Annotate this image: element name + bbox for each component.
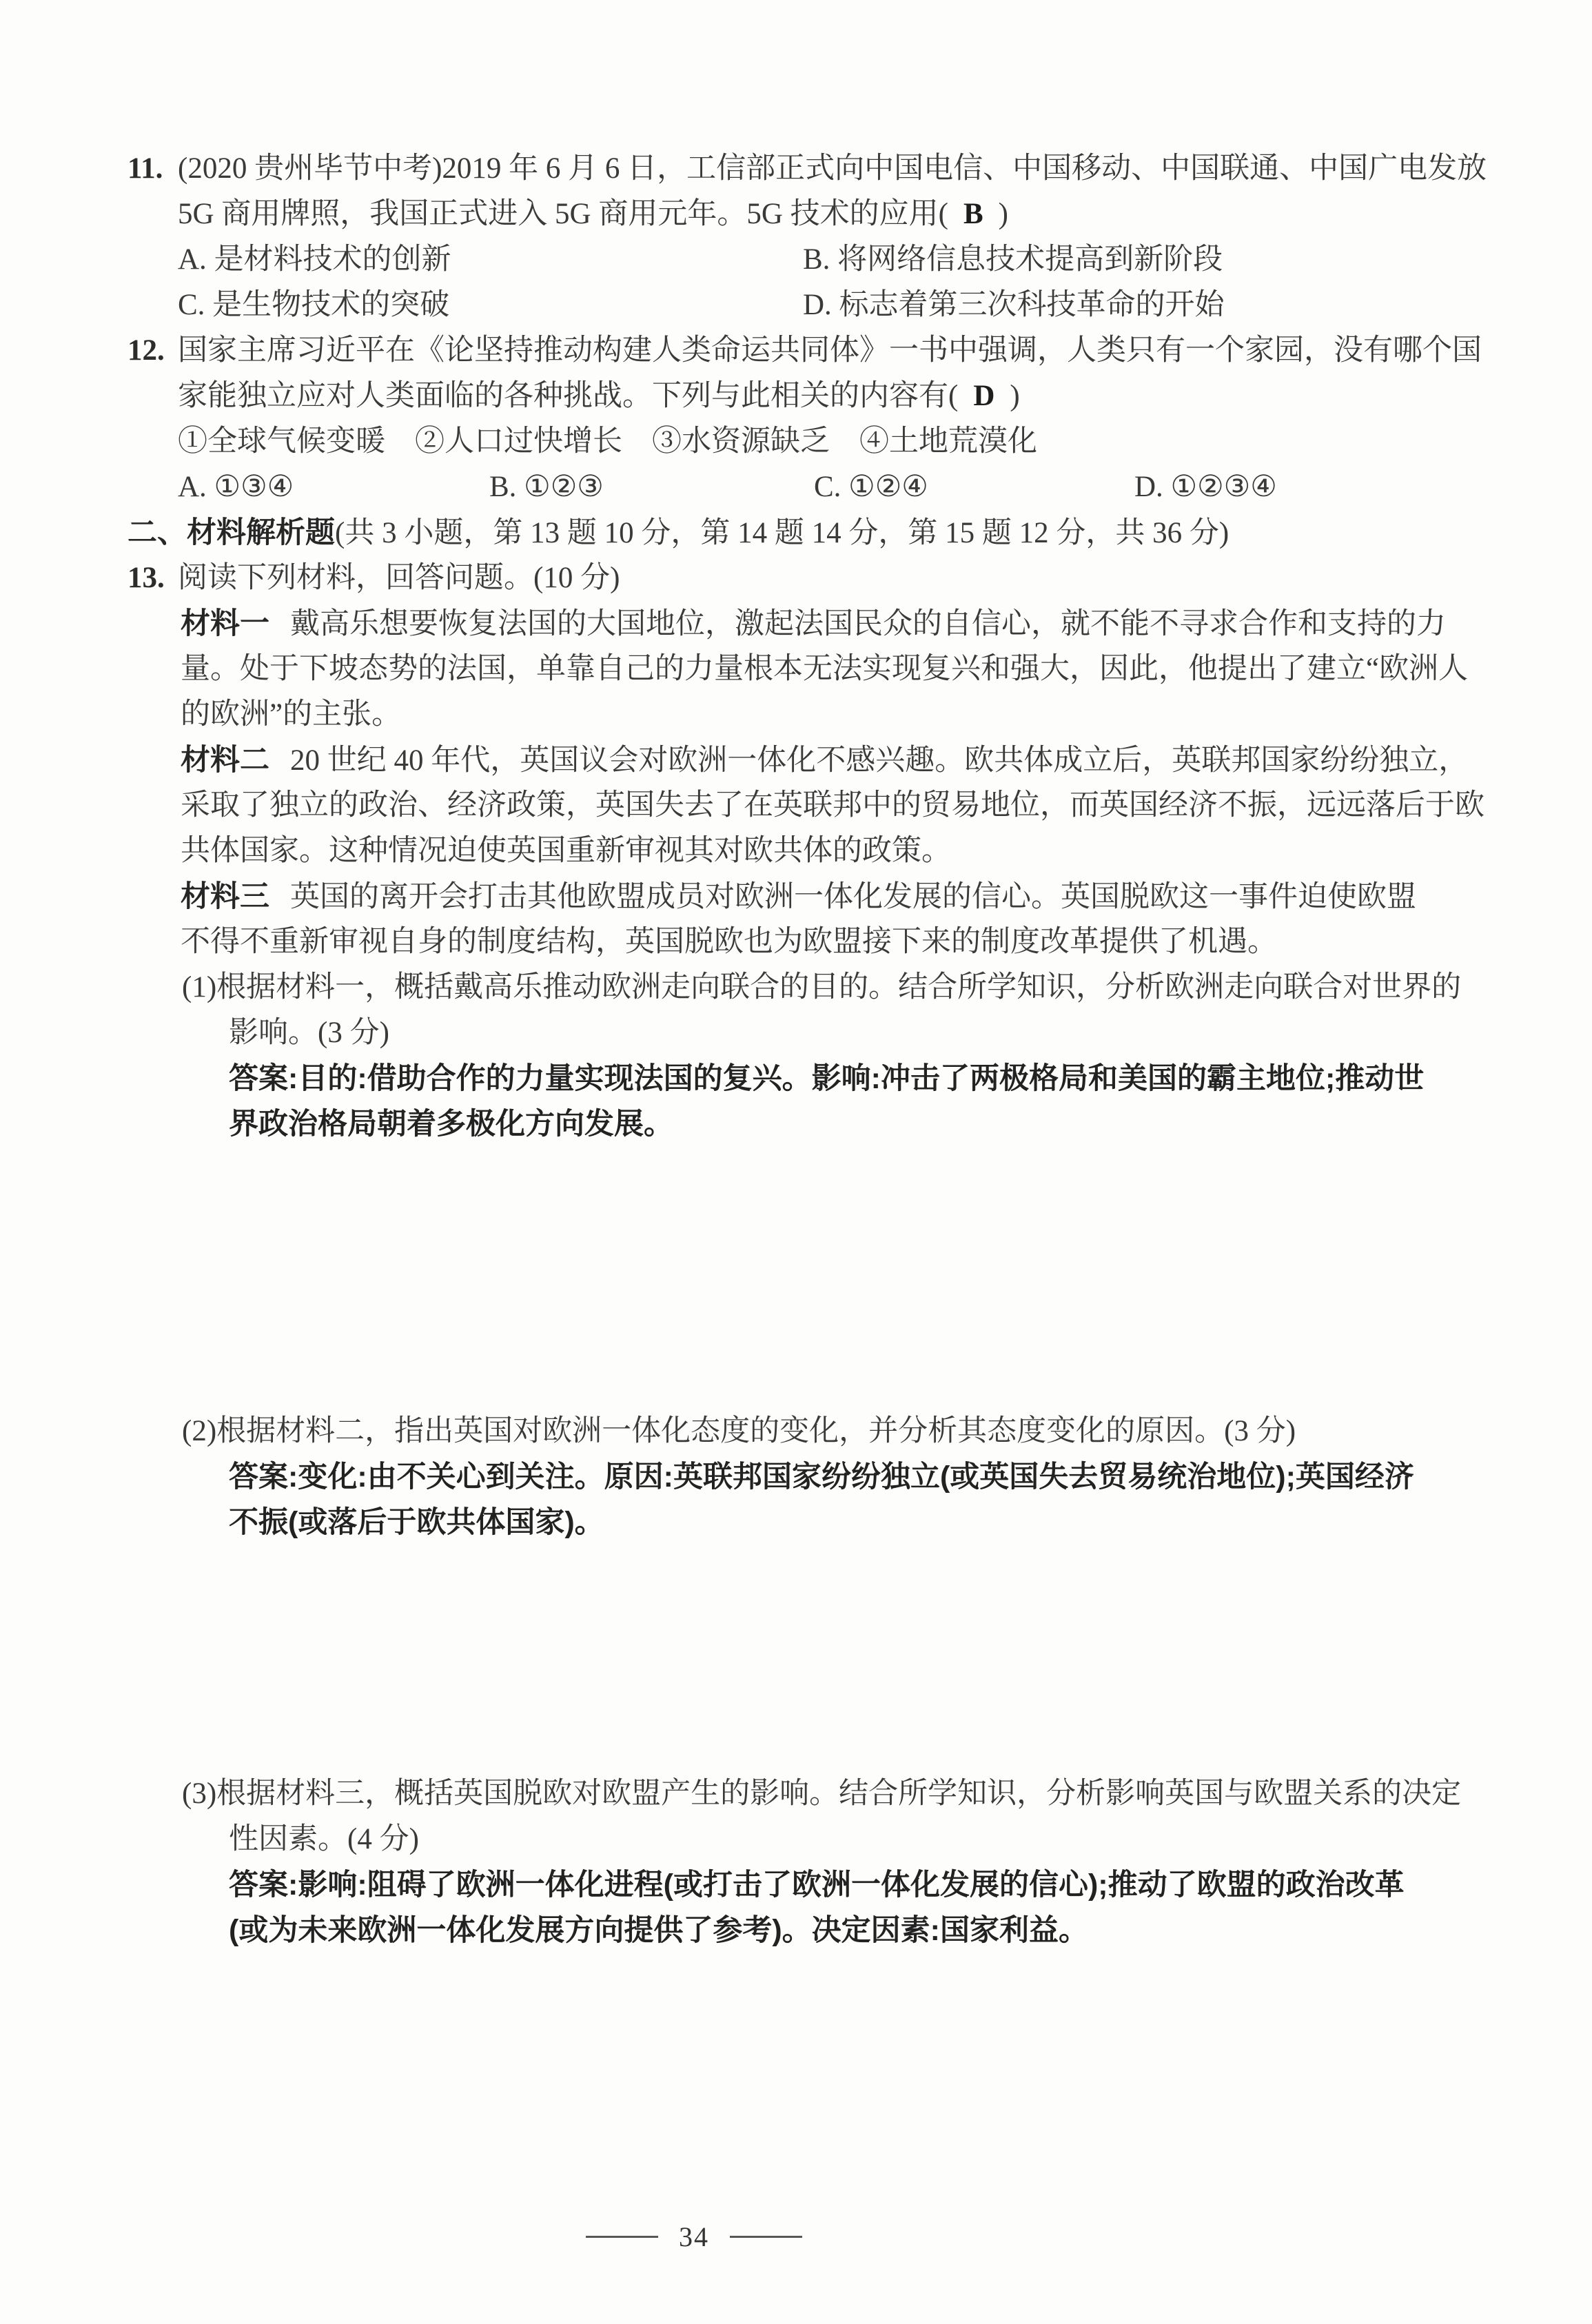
q13-sub2-answer-line-1: 答案:变化:由不关心到关注。原因:英联邦国家纷纷独立(或英国失去贸易统治地位);… — [229, 1454, 1592, 1500]
q12-option-a: A. ①③④ — [178, 465, 294, 510]
material-1-line-2: 量。处于下坡态势的法国，单靠自己的力量根本无法实现复兴和强大，因此，他提出了建立… — [181, 646, 1592, 692]
q13-sub3-answer-text-1: 答案:影响:阻碍了欧洲一体化进程(或打击了欧洲一体化发展的信心);推动了欧盟的政… — [229, 1868, 1405, 1902]
q13-sub1-text-2: 影响。(3 分) — [229, 1017, 389, 1049]
answer-space-1 — [127, 1147, 1592, 1409]
material-2-line-2: 采取了独立的政治、经济政策，英国失去了在英联邦中的贸易地位，而英国经济不振，远远… — [181, 783, 1592, 828]
q12-stem-line-1: 12.国家主席习近平在《论坚持推动构建人类命运共同体》一书中强调，人类只有一个家… — [127, 328, 1592, 374]
footer-dash-right — [730, 2236, 802, 2238]
material-1-text-1: 戴高乐想要恢复法国的大国地位，激起法国民众的自信心，就不能不寻求合作和支持的力 — [290, 608, 1446, 640]
q13-sub3-line-1: (3)根据材料三，概括英国脱欧对欧盟产生的影响。结合所学知识，分析影响英国与欧盟… — [182, 1771, 1592, 1817]
q13-sub3-answer-line-2: (或为未来欧洲一体化发展方向提供了参考)。决定因素:国家利益。 — [229, 1908, 1592, 1953]
q11-answer-letter: B — [963, 198, 983, 230]
q12-option-d: D. ①②③④ — [1134, 465, 1277, 510]
q12-options-row: A. ①③④ B. ①②③ C. ①②④ D. ①②③④ — [178, 465, 1592, 510]
q13-sub3-line-2: 性因素。(4 分) — [229, 1817, 1592, 1862]
q11-stem-line-1: 11.(2020 贵州毕节中考)2019 年 6 月 6 日，工信部正式向中国电… — [127, 146, 1592, 192]
material-2-text-2: 采取了独立的政治、经济政策，英国失去了在英联邦中的贸易地位，而英国经济不振，远远… — [181, 789, 1484, 822]
material-1-label: 材料一 — [181, 607, 269, 640]
q12-stem-line-2: 家能独立应对人类面临的各种挑战。下列与此相关的内容有(D) — [178, 374, 1592, 419]
bottom-space — [127, 1953, 1592, 2219]
q11-option-a: A. 是材料技术的创新 — [178, 237, 451, 283]
q12-items: ①全球气候变暖 ②人口过快增长 ③水资源缺乏 ④土地荒漠化 — [178, 419, 1592, 465]
q11-options-row-2: C. 是生物技术的突破 D. 标志着第三次科技革命的开始 — [178, 283, 1592, 328]
q12-stem-text-2a: 家能独立应对人类面临的各种挑战。下列与此相关的内容有( — [178, 380, 958, 412]
q13-sub2-answer-text-1: 答案:变化:由不关心到关注。原因:英联邦国家纷纷独立(或英国失去贸易统治地位);… — [229, 1460, 1414, 1494]
q13-intro-text: 阅读下列材料，回答问题。(10 分) — [178, 562, 620, 594]
q13-sub1-line-2: 影响。(3 分) — [229, 1010, 1592, 1056]
section-2-header: 二、材料解析题(共 3 小题，第 13 题 10 分，第 14 题 14 分，第… — [127, 510, 1592, 555]
q12-option-c: C. ①②④ — [814, 465, 928, 510]
q11-stem-text-2a: 5G 商用牌照，我国正式进入 5G 商用元年。5G 技术的应用( — [178, 198, 948, 230]
q13-sub2-line-1: (2)根据材料二，指出英国对欧洲一体化态度的变化，并分析其态度变化的原因。(3 … — [182, 1409, 1592, 1454]
q13-sub1-answer-line-1: 答案:目的:借助合作的力量实现法国的复兴。影响:冲击了两极格局和美国的霸主地位;… — [229, 1056, 1592, 1101]
q13-sub2-answer-line-2: 不振(或落后于欧共体国家)。 — [229, 1500, 1592, 1545]
q12-stem-text-2b: ) — [1010, 380, 1019, 412]
q12-number: 12. — [127, 328, 178, 374]
q13-sub1-line-1: (1)根据材料一，概括戴高乐推动欧洲走向联合的目的。结合所学知识，分析欧洲走向联… — [182, 965, 1592, 1010]
q13-sub1-answer-text-2: 界政治格局朝着多极化方向发展。 — [229, 1108, 673, 1141]
q11-number: 11. — [127, 146, 178, 192]
q11-options-row-1: A. 是材料技术的创新 B. 将网络信息技术提高到新阶段 — [178, 237, 1592, 283]
q13-sub1-text-1: (1)根据材料一，概括戴高乐推动欧洲走向联合的目的。结合所学知识，分析欧洲走向联… — [182, 971, 1461, 1003]
material-1-line-1: 材料一戴高乐想要恢复法国的大国地位，激起法国民众的自信心，就不能不寻求合作和支持… — [181, 601, 1592, 646]
q13-sub3-answer-text-2: (或为未来欧洲一体化发展方向提供了参考)。决定因素:国家利益。 — [229, 1914, 1088, 1947]
q12-option-b: B. ①②③ — [489, 465, 604, 510]
section-2-title: 二、材料解析题 — [127, 516, 335, 549]
material-2-line-3: 共体国家。这种情况迫使英国重新审视其对欧共体的政策。 — [181, 828, 1592, 874]
material-1-text-3: 的欧洲”的主张。 — [181, 698, 401, 731]
answer-space-2 — [127, 1545, 1592, 1771]
page-footer: 34 — [586, 2219, 1592, 2254]
material-3-line-1: 材料三英国的离开会打击其他欧盟成员对欧洲一体化发展的信心。英国脱欧这一事件迫使欧… — [181, 874, 1592, 919]
exam-page: 11.(2020 贵州毕节中考)2019 年 6 月 6 日，工信部正式向中国电… — [0, 0, 1592, 2324]
q11-option-d: D. 标志着第三次科技革命的开始 — [803, 283, 1225, 328]
material-1-line-3: 的欧洲”的主张。 — [181, 692, 1592, 737]
q13-intro-line: 13.阅读下列材料，回答问题。(10 分) — [127, 555, 1592, 601]
footer-page-number: 34 — [679, 2221, 709, 2253]
material-2-text-1: 20 世纪 40 年代，英国议会对欧洲一体化不感兴趣。欧共体成立后，英联邦国家纷… — [290, 744, 1468, 777]
q12-items-text: ①全球气候变暖 ②人口过快增长 ③水资源缺乏 ④土地荒漠化 — [178, 425, 1037, 458]
q13-sub2-answer-text-2: 不振(或落后于欧共体国家)。 — [229, 1506, 604, 1539]
material-2-line-1: 材料二20 世纪 40 年代，英国议会对欧洲一体化不感兴趣。欧共体成立后，英联邦… — [181, 737, 1592, 783]
material-3-label: 材料三 — [181, 880, 269, 913]
q13-sub2-text-1: (2)根据材料二，指出英国对欧洲一体化态度的变化，并分析其态度变化的原因。(3 … — [182, 1415, 1296, 1447]
material-2-label: 材料二 — [181, 744, 269, 777]
material-2-text-3: 共体国家。这种情况迫使英国重新审视其对欧共体的政策。 — [181, 835, 951, 867]
q13-sub3-text-1: (3)根据材料三，概括英国脱欧对欧盟产生的影响。结合所学知识，分析影响英国与欧盟… — [182, 1777, 1461, 1810]
material-3-line-2: 不得不重新审视自身的制度结构，英国脱欧也为欧盟接下来的制度改革提供了机遇。 — [181, 919, 1592, 965]
footer-dash-left — [586, 2236, 658, 2238]
q12-stem-text-1: 国家主席习近平在《论坚持推动构建人类命运共同体》一书中强调，人类只有一个家园，没… — [178, 334, 1482, 367]
q11-stem-text-1: (2020 贵州毕节中考)2019 年 6 月 6 日，工信部正式向中国电信、中… — [178, 152, 1487, 185]
q11-option-b: B. 将网络信息技术提高到新阶段 — [803, 237, 1223, 283]
q11-stem-line-2: 5G 商用牌照，我国正式进入 5G 商用元年。5G 技术的应用(B) — [178, 192, 1592, 237]
q13-number: 13. — [127, 555, 178, 601]
material-3-text-2: 不得不重新审视自身的制度结构，英国脱欧也为欧盟接下来的制度改革提供了机遇。 — [181, 926, 1277, 958]
q13-sub3-answer-line-1: 答案:影响:阻碍了欧洲一体化进程(或打击了欧洲一体化发展的信心);推动了欧盟的政… — [229, 1862, 1592, 1908]
q13-sub1-answer-line-2: 界政治格局朝着多极化方向发展。 — [229, 1101, 1592, 1147]
q11-stem-text-2b: ) — [999, 198, 1008, 230]
material-1-text-2: 量。处于下坡态势的法国，单靠自己的力量根本无法实现复兴和强大，因此，他提出了建立… — [181, 653, 1468, 685]
q13-sub1-answer-text-1: 答案:目的:借助合作的力量实现法国的复兴。影响:冲击了两极格局和美国的霸主地位;… — [229, 1062, 1424, 1095]
section-2-info: (共 3 小题，第 13 题 10 分，第 14 题 14 分，第 15 题 1… — [335, 517, 1229, 549]
material-3-text-1: 英国的离开会打击其他欧盟成员对欧洲一体化发展的信心。英国脱欧这一事件迫使欧盟 — [290, 881, 1416, 913]
q12-answer-letter: D — [973, 380, 994, 412]
q11-option-c: C. 是生物技术的突破 — [178, 283, 449, 328]
q13-sub3-text-2: 性因素。(4 分) — [229, 1823, 419, 1855]
